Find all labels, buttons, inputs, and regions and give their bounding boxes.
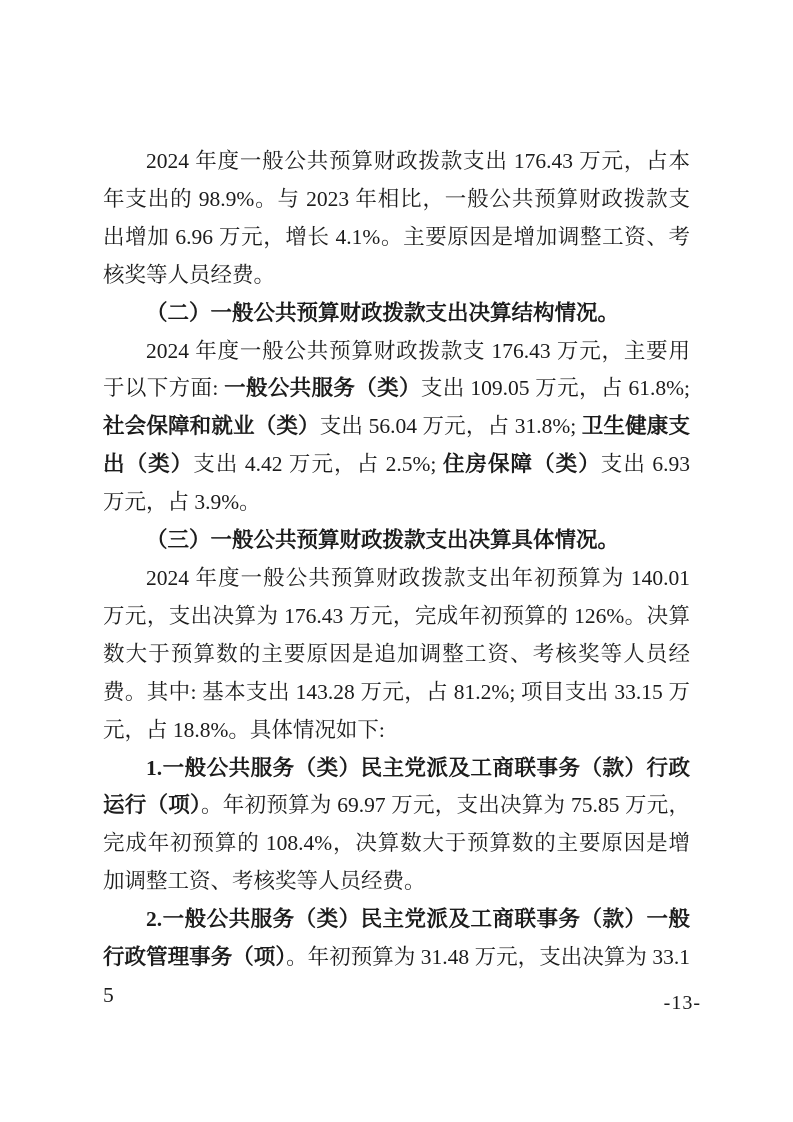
document-page: 2024 年度一般公共预算财政拨款支出 176.43 万元，占本年支出的 98.… — [0, 0, 793, 1122]
document-body: 2024 年度一般公共预算财政拨款支出 176.43 万元，占本年支出的 98.… — [103, 143, 690, 1015]
heading-text: （三）一般公共预算财政拨款支出决算具体情况。 — [146, 528, 619, 552]
paragraph-expenditure-overview: 2024 年度一般公共预算财政拨款支出 176.43 万元，占本年支出的 98.… — [103, 143, 690, 295]
heading-text: （二）一般公共预算财政拨款支出决算结构情况。 — [146, 301, 619, 325]
paragraph-text: 2024 年度一般公共预算财政拨款支出年初预算为 140.01 万元，支出决算为… — [103, 566, 690, 742]
paragraph-item-2: 2.一般公共服务（类）民主党派及工商联事务（款）一般行政管理事务（项）。年初预算… — [103, 901, 690, 1015]
heading-section-two: （二）一般公共预算财政拨款支出决算结构情况。 — [103, 295, 690, 333]
paragraph-text: 支出 109.05 万元，占 61.8%; — [421, 376, 690, 400]
paragraph-item-1: 1.一般公共服务（类）民主党派及工商联事务（款）行政运行（项）。年初预算为 69… — [103, 750, 690, 902]
paragraph-detail-overview: 2024 年度一般公共预算财政拨款支出年初预算为 140.01 万元，支出决算为… — [103, 560, 690, 750]
paragraph-expenditure-structure: 2024 年度一般公共预算财政拨款支 176.43 万元，主要用于以下方面: 一… — [103, 333, 690, 523]
paragraph-text: 2024 年度一般公共预算财政拨款支出 176.43 万元，占本年支出的 98.… — [103, 149, 690, 287]
category-general-public-services: 一般公共服务（类） — [224, 376, 421, 400]
page-number: -13- — [664, 992, 701, 1015]
category-housing-security: 住房保障（类） — [443, 452, 601, 476]
paragraph-text: 支出 56.04 万元，占 31.8%; — [320, 414, 582, 438]
paragraph-text: 支出 4.42 万元，占 2.5%; — [193, 452, 443, 476]
category-social-security-employment: 社会保障和就业（类） — [103, 414, 320, 438]
heading-section-three: （三）一般公共预算财政拨款支出决算具体情况。 — [103, 522, 690, 560]
